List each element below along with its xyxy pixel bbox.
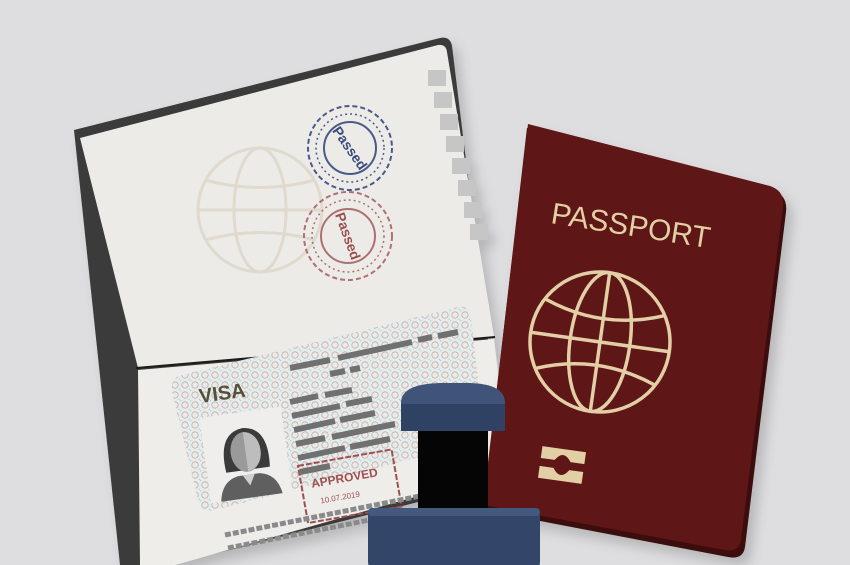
visa-photo bbox=[199, 407, 292, 504]
closed-passport: PASSPORT bbox=[483, 124, 786, 558]
passport-illustration: Passed Passed VISA bbox=[0, 0, 850, 565]
